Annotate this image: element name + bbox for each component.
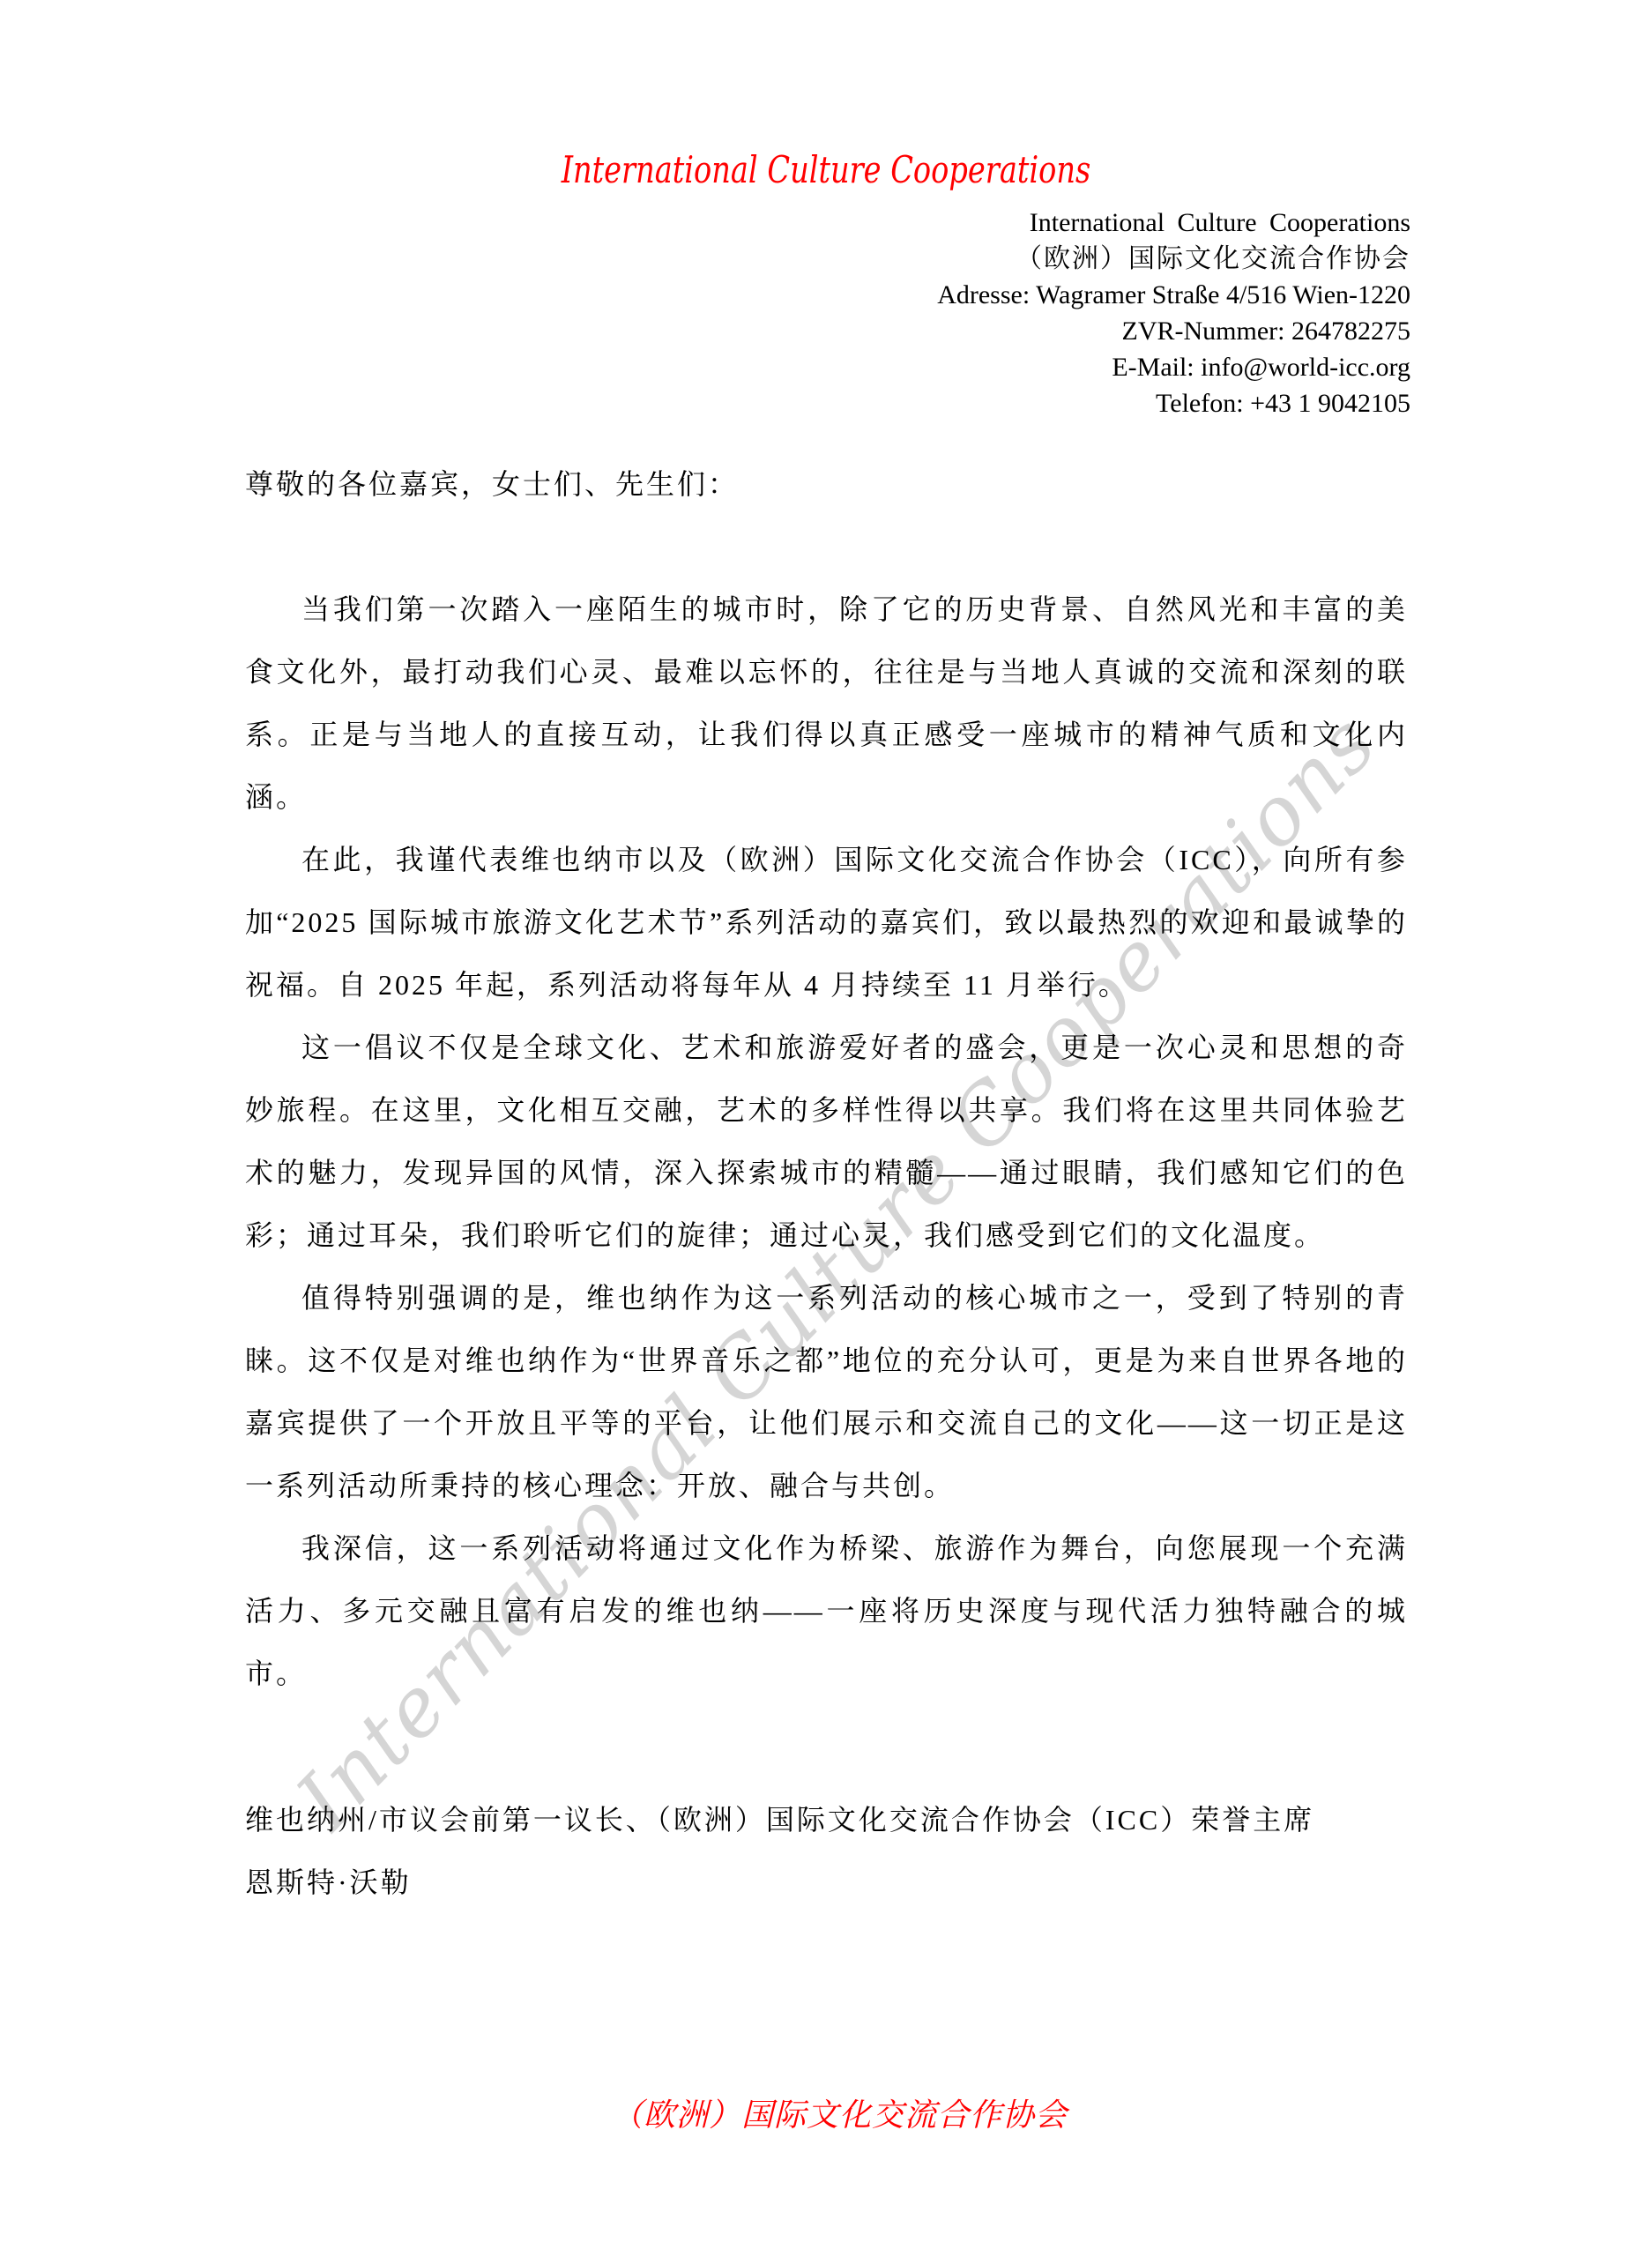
contact-org-name-en: International Culture Cooperations <box>937 205 1410 241</box>
contact-email: E-Mail: info@world-icc.org <box>937 349 1410 385</box>
body-paragraph-5: 我深信，这一系列活动将通过文化作为桥梁、旅游作为舞台，向您展现一个充满活力、多元… <box>245 1517 1408 1705</box>
body-paragraph-2: 在此，我谨代表维也纳市以及（欧洲）国际文化交流合作协会（ICC），向所有参加“2… <box>245 829 1408 1017</box>
contact-address: Adresse: Wagramer Straße 4/516 Wien-1220 <box>937 277 1410 313</box>
signature-name-line: 恩斯特·沃勒 <box>245 1851 1408 1914</box>
letter-page: International Culture Cooperations Inter… <box>0 0 1652 2257</box>
contact-zvr-number: ZVR-Nummer: 264782275 <box>937 313 1410 349</box>
contact-block: International Culture Cooperations （欧洲）国… <box>937 205 1410 421</box>
contact-org-name-zh: （欧洲）国际文化交流合作协会 <box>937 241 1410 277</box>
contact-phone: Telefon: +43 1 9042105 <box>937 385 1410 421</box>
body-paragraph-3: 这一倡议不仅是全球文化、艺术和旅游爱好者的盛会，更是一次心灵和思想的奇妙旅程。在… <box>245 1017 1408 1267</box>
brand-script-title: International Culture Cooperations <box>165 148 1486 191</box>
body-paragraph-4: 值得特别强调的是，维也纳作为这一系列活动的核心城市之一，受到了特别的青睐。这不仅… <box>245 1267 1408 1517</box>
signature-title-line: 维也纳州/市议会前第一议长、（欧洲）国际文化交流合作协会（ICC）荣誉主席 <box>245 1789 1408 1851</box>
footer-org-name: （欧洲）国际文化交流合作协会 <box>26 2090 1652 2135</box>
signature-block: 维也纳州/市议会前第一议长、（欧洲）国际文化交流合作协会（ICC）荣誉主席 恩斯… <box>245 1789 1408 1914</box>
letter-body: 尊敬的各位嘉宾，女士们、先生们： 当我们第一次踏入一座陌生的城市时，除了它的历史… <box>245 453 1408 1914</box>
body-paragraph-1: 当我们第一次踏入一座陌生的城市时，除了它的历史背景、自然风光和丰富的美食文化外，… <box>245 578 1408 829</box>
salutation-line: 尊敬的各位嘉宾，女士们、先生们： <box>245 453 1408 516</box>
